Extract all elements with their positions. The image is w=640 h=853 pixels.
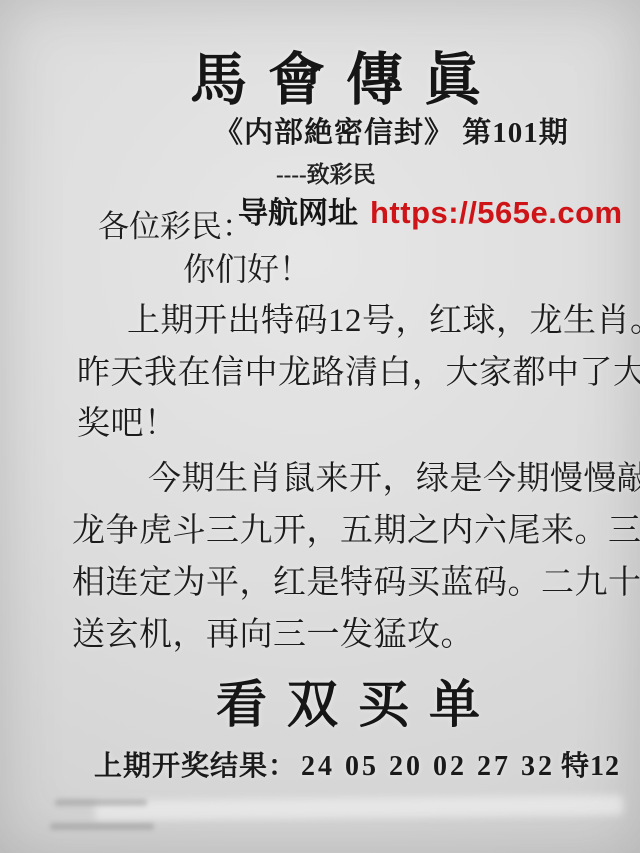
dedication-line: ----致彩民 bbox=[276, 156, 376, 189]
letter-line: 龙争虎斗三九开，五期之内六尾来。三二 bbox=[72, 504, 640, 551]
letter-line: 昨天我在信中龙路清白，大家都中了大 bbox=[77, 346, 640, 393]
letter-line: 上期开出特码12号，红球，龙生肖。 bbox=[127, 294, 640, 341]
smudge-mark bbox=[55, 799, 147, 806]
fax-document: 馬會傳眞 《内部絶密信封》 第101期 ----致彩民 导航网址https://… bbox=[0, 0, 640, 853]
erased-text-band bbox=[95, 795, 623, 821]
smudge-mark bbox=[50, 823, 154, 830]
site-watermark: 导航网址https://565e.com bbox=[238, 188, 623, 232]
salutation: 各位彩民： bbox=[98, 201, 253, 246]
subtitle-issue: 《内部絶密信封》 第101期 bbox=[214, 110, 569, 151]
watermark-label: 导航网址 bbox=[238, 197, 358, 230]
result-numbers: 24 05 20 02 27 32 bbox=[301, 751, 555, 782]
previous-result-line: 上期开奖结果：24 05 20 02 27 32特12 bbox=[94, 744, 620, 784]
watermark-url: https://565e.com bbox=[370, 195, 623, 230]
result-special-number: 特12 bbox=[561, 751, 620, 782]
letter-line: 送玄机，再向三一发猛攻。 bbox=[72, 608, 474, 655]
result-label: 上期开奖结果： bbox=[94, 751, 297, 782]
page-title: 馬會傳眞 bbox=[190, 34, 502, 116]
greeting: 你们好！ bbox=[183, 244, 311, 290]
letter-line: 奖吧！ bbox=[77, 397, 178, 444]
letter-line: 相连定为平，红是特码买蓝码。二九十八 bbox=[72, 556, 640, 603]
letter-line: 今期生肖鼠来开，绿是今期慢慢敲。 bbox=[148, 452, 640, 499]
slogan-headline: 看双买单 bbox=[216, 663, 500, 737]
